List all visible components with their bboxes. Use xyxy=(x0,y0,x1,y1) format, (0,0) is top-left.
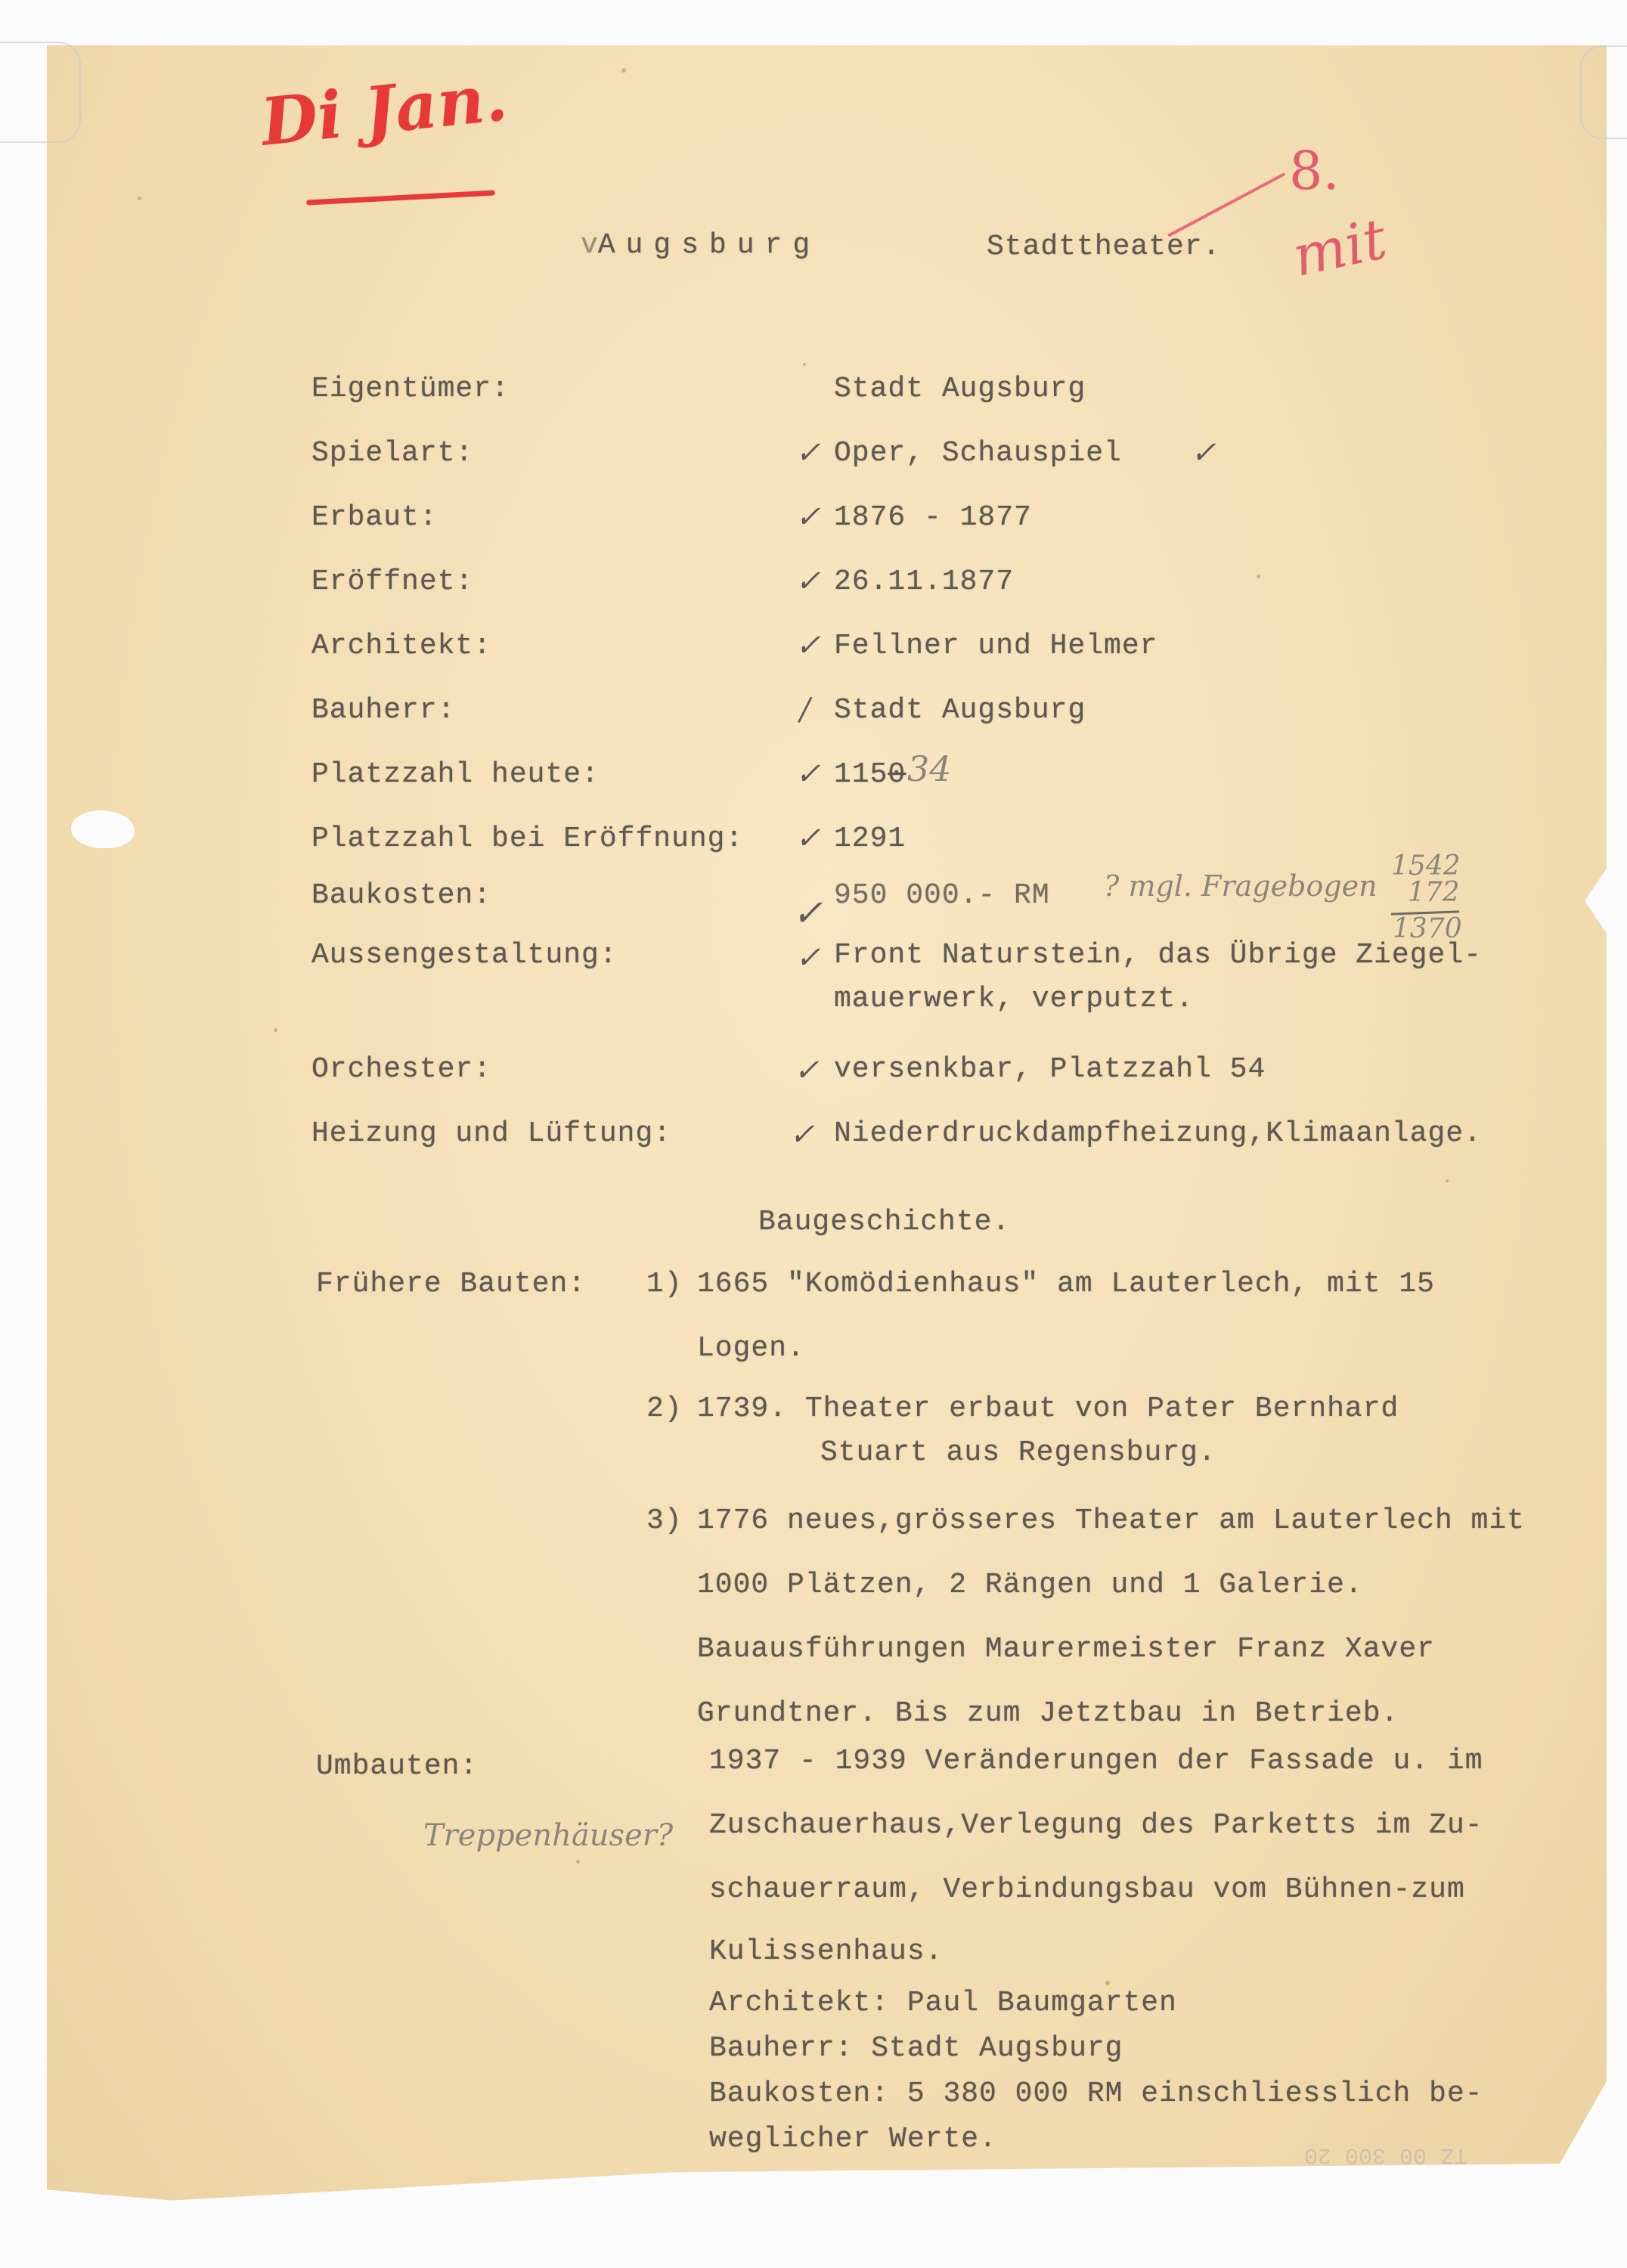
fact-value: versenkbar, Platzzahl 54 xyxy=(834,1053,1266,1086)
sleeve-edge xyxy=(0,42,81,143)
earlier-line: Bauausführungen Maurermeister Franz Xave… xyxy=(697,1633,1435,1665)
fact-value: 1876 - 1877 xyxy=(834,501,1032,534)
checkmark-icon: ✓ xyxy=(795,628,821,663)
checkmark-icon: ✓ xyxy=(795,940,821,975)
paper-speck xyxy=(576,1860,580,1864)
paper-speck xyxy=(803,363,806,366)
page-number: 8. xyxy=(1289,140,1340,202)
title-mark: v xyxy=(581,229,598,262)
fact-value: 950 000.- RM xyxy=(834,879,1050,912)
fact-label: Platzzahl bei Eröffnung: xyxy=(311,823,743,855)
fact-value: 1291 xyxy=(834,823,906,855)
earlier-label: Frühere Bauten: xyxy=(316,1268,586,1300)
earlier-line: Logen. xyxy=(697,1332,805,1365)
fact-label: Aussengestaltung: xyxy=(311,939,618,971)
checkmark-icon: ✓ xyxy=(1191,435,1216,470)
checkmark-icon: ✓ xyxy=(795,564,821,599)
paper-speck xyxy=(1105,1981,1110,1985)
rebuild-detail: Baukosten: 5 380 000 RM einschliesslich … xyxy=(709,2077,1483,2110)
fact-label: Erbaut: xyxy=(311,501,438,534)
pencil-sum-b: 172 xyxy=(1408,877,1460,908)
fact-label: Architekt: xyxy=(311,630,491,662)
earlier-num: 3) xyxy=(646,1504,683,1537)
paper-speck xyxy=(1257,575,1260,578)
faint-stamp: TZ 00 300 20 xyxy=(1304,2142,1467,2167)
margin-note: Treppenhäuser? xyxy=(423,1818,673,1853)
fact-value: 26.11.1877 xyxy=(834,565,1014,598)
title-city: vAugsburg xyxy=(581,229,820,262)
checkmark-icon: ✓ xyxy=(792,892,823,934)
fact-value: Oper, Schauspiel xyxy=(834,437,1122,469)
fact-label: Spielart: xyxy=(311,437,473,469)
checkmark-icon: / xyxy=(800,692,810,727)
fact-label: Eigentümer: xyxy=(311,373,510,405)
fact-label: Bauherr: xyxy=(311,694,455,727)
checkmark-icon: ✓ xyxy=(794,1053,820,1088)
earlier-line: 1739. Theater erbaut von Pater Bernhard xyxy=(697,1393,1399,1425)
fact-value: Front Naturstein, das Übrige Ziegel- xyxy=(834,939,1482,971)
earlier-num: 1) xyxy=(646,1268,683,1300)
struck-digit: 0 xyxy=(888,758,906,791)
earlier-line: 1776 neues,grösseres Theater am Lauterle… xyxy=(697,1504,1525,1537)
checkmark-icon: ✓ xyxy=(795,435,821,470)
fact-label: Platzzahl heute: xyxy=(311,758,600,791)
punch-hole xyxy=(71,810,135,848)
rebuild-detail: Architekt: Paul Baumgarten xyxy=(709,1987,1177,2019)
paper-speck xyxy=(274,1028,277,1032)
checkmark-icon: ✓ xyxy=(789,1117,815,1152)
fact-label: Heizung und Lüftung: xyxy=(311,1117,671,1150)
fact-label: Orchester: xyxy=(311,1053,491,1086)
rebuild-detail: weglicher Werte. xyxy=(709,2123,997,2155)
fact-value: 1150 xyxy=(834,758,906,791)
earlier-line: Grundtner. Bis zum Jetztbau in Betrieb. xyxy=(697,1697,1399,1730)
earlier-line: 1665 "Komödienhaus" am Lauterlech, mit 1… xyxy=(697,1268,1435,1300)
paper-speck xyxy=(138,197,141,200)
handwritten-correction: 34 xyxy=(907,748,952,789)
rebuild-line: schauerraum, Verbindungsbau vom Bühnen-z… xyxy=(709,1873,1465,1906)
title-city-text: Augsburg xyxy=(598,229,820,262)
fact-label: Baukosten: xyxy=(311,879,491,912)
fact-value-continued: mauerwerk, verputzt. xyxy=(834,983,1194,1015)
section-heading: Baugeschichte. xyxy=(758,1206,1010,1238)
seat-count-typed: 115 xyxy=(834,758,888,791)
fact-value: Stadt Augsburg xyxy=(834,694,1086,727)
earlier-line: Stuart aus Regensburg. xyxy=(820,1436,1216,1469)
checkmark-icon: ✓ xyxy=(795,757,821,792)
checkmark-icon: ✓ xyxy=(795,500,821,534)
rebuild-detail: Bauherr: Stadt Augsburg xyxy=(709,2032,1123,2065)
fact-value: Fellner und Helmer xyxy=(834,630,1157,662)
fact-value: Niederdruckdampfheizung,Klimaanlage. xyxy=(834,1117,1482,1150)
earlier-line: 1000 Plätzen, 2 Rängen und 1 Galerie. xyxy=(697,1569,1363,1601)
rebuild-line: Kulissenhaus. xyxy=(709,1935,943,1968)
fact-label: Eröffnet: xyxy=(311,565,473,598)
earlier-num: 2) xyxy=(646,1393,683,1425)
rebuild-line: Zuschauerhaus,Verlegung des Parketts im … xyxy=(709,1809,1483,1842)
paper-speck xyxy=(621,68,626,73)
title-theater: Stadttheater. xyxy=(987,231,1220,263)
paper-speck xyxy=(1446,1179,1449,1182)
rebuild-line: 1937 - 1939 Veränderungen der Fassade u.… xyxy=(709,1745,1483,1777)
checkmark-icon: ✓ xyxy=(795,821,821,856)
pencil-note: ? mgl. Fragebogen xyxy=(1104,869,1378,903)
sleeve-edge xyxy=(1580,45,1627,139)
fact-value: Stadt Augsburg xyxy=(834,373,1086,405)
rebuild-label: Umbauten: xyxy=(316,1750,478,1783)
